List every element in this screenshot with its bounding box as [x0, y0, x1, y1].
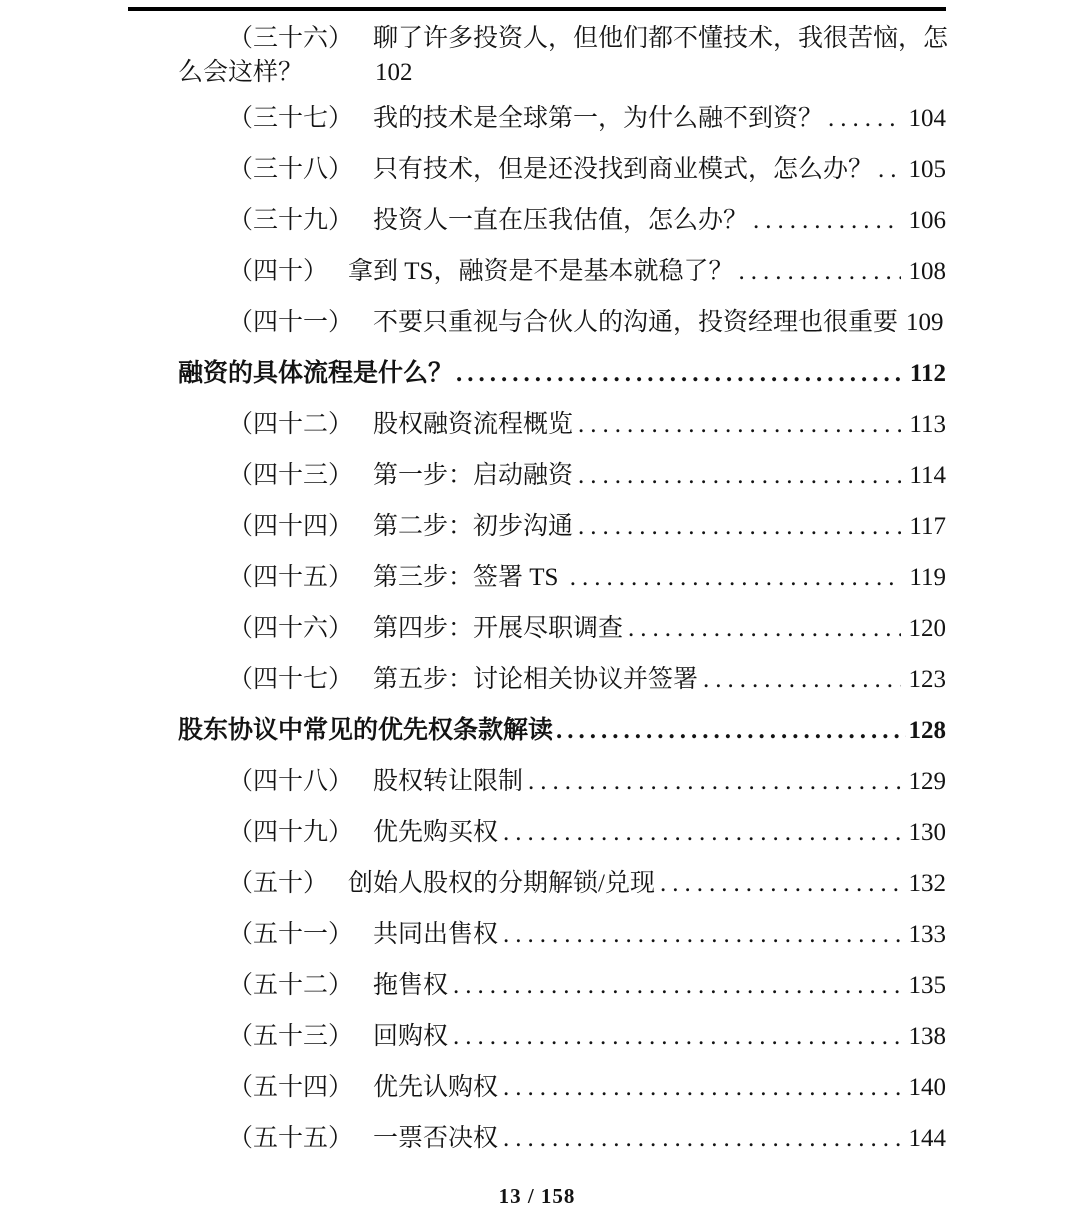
toc-entry-number: （四十七） — [228, 665, 353, 695]
toc-entry-line1: （三十六）聊了许多投资人，但他们都不懂技术，我很苦恼，怎 — [178, 22, 946, 56]
toc-entry-label: 第五步：讨论相关协议并签署 — [373, 665, 698, 695]
toc-entry-number: （四十三） — [228, 461, 353, 491]
toc-entry[interactable]: （四十一）不要只重视与合伙人的沟通，投资经理也很重要109 — [178, 308, 946, 338]
toc-page-number: 112 — [910, 359, 946, 389]
header-rule — [128, 7, 946, 11]
toc-page-number: 120 — [909, 614, 947, 644]
dot-leader: ........................................… — [570, 563, 902, 593]
dot-leader: ........................................… — [456, 359, 907, 389]
toc-page-number: 123 — [909, 665, 947, 695]
toc-entry-label: 不要只重视与合伙人的沟通，投资经理也很重要 — [373, 308, 898, 338]
dot-leader: ........................................… — [503, 1124, 900, 1154]
toc-page-number: 105 — [909, 155, 947, 185]
toc-entry-number: （四十八） — [228, 767, 353, 797]
toc-page-number: 133 — [909, 920, 947, 950]
toc-page-number: 135 — [909, 971, 947, 1001]
toc-page-number: 129 — [909, 767, 947, 797]
toc-entry[interactable]: （四十三）第一步：启动融资...........................… — [178, 461, 946, 491]
toc-page-number: 138 — [909, 1022, 947, 1052]
tab-gap — [303, 56, 367, 90]
dot-leader: ........................................… — [878, 155, 900, 185]
toc-entry[interactable]: （四十四）第二步：初步沟通...........................… — [178, 512, 946, 542]
toc-entry[interactable]: （五十五）一票否决权..............................… — [178, 1124, 946, 1154]
toc-heading-label: 融资的具体流程是什么？ — [178, 359, 453, 389]
toc-page-number: 117 — [909, 512, 946, 542]
toc-entry[interactable]: （四十）拿到 TS，融资是不是基本就稳了？...................… — [178, 257, 946, 287]
toc-entry[interactable]: （五十一）共同出售权..............................… — [178, 920, 946, 950]
toc-page-number: 130 — [909, 818, 947, 848]
table-of-contents: （三十六）聊了许多投资人，但他们都不懂技术，我很苦恼，怎么会这样？102（三十七… — [178, 22, 946, 1175]
dot-leader: ........................................… — [628, 614, 900, 644]
dot-leader: ........................................… — [578, 410, 901, 440]
toc-entry-label: 只有技术，但是还没找到商业模式，怎么办？ — [373, 155, 873, 185]
toc-entry-label: 优先认购权 — [373, 1073, 498, 1103]
toc-entry-label: 第三步：签署 TS — [373, 563, 565, 593]
toc-page-number: 114 — [909, 461, 946, 491]
toc-entry-label: 股权融资流程概览 — [373, 410, 573, 440]
toc-entry[interactable]: （四十五）第三步：签署 TS .........................… — [178, 563, 946, 593]
toc-entry-label: 拖售权 — [373, 971, 448, 1001]
toc-entry-label: 拿到 TS，融资是不是基本就稳了？ — [348, 257, 733, 287]
toc-heading[interactable]: 融资的具体流程是什么？.............................… — [178, 359, 946, 389]
toc-entry[interactable]: （四十九）优先购买权..............................… — [178, 818, 946, 848]
toc-entry[interactable]: （五十二）拖售权................................… — [178, 971, 946, 1001]
toc-entry-number: （三十九） — [228, 206, 353, 236]
toc-entry[interactable]: （四十八）股权转让限制.............................… — [178, 767, 946, 797]
toc-page-number: 106 — [909, 206, 947, 236]
toc-page-number: 119 — [909, 563, 946, 593]
toc-entry-number: （三十六） — [228, 22, 353, 56]
toc-entry-label: 我的技术是全球第一，为什么融不到资？ — [373, 104, 823, 134]
dot-leader: ........................................… — [503, 1073, 900, 1103]
dot-leader: ........................................… — [528, 767, 900, 797]
toc-entry-label: 第四步：开展尽职调查 — [373, 614, 623, 644]
document-page: （三十六）聊了许多投资人，但他们都不懂技术，我很苦恼，怎么会这样？102（三十七… — [0, 0, 1074, 1221]
dot-leader: ........................................… — [556, 716, 905, 746]
toc-page-number: 140 — [909, 1073, 947, 1103]
toc-heading[interactable]: 股东协议中常见的优先权条款解读.........................… — [178, 716, 946, 746]
toc-page-number: 102 — [375, 56, 413, 90]
toc-entry-label: 创始人股权的分期解锁/兑现 — [348, 869, 655, 899]
toc-heading-label: 股东协议中常见的优先权条款解读 — [178, 716, 553, 746]
toc-entry-number: （五十二） — [228, 971, 353, 1001]
dot-leader: ........................................… — [753, 206, 900, 236]
toc-page-number: 108 — [909, 257, 947, 287]
toc-entry-number: （四十六） — [228, 614, 353, 644]
toc-entry-label: 优先购买权 — [373, 818, 498, 848]
toc-entry-number: （五十三） — [228, 1022, 353, 1052]
dot-leader: ........................................… — [828, 104, 900, 134]
toc-entry[interactable]: （三十八）只有技术，但是还没找到商业模式，怎么办？...............… — [178, 155, 946, 185]
toc-page-number: 132 — [909, 869, 947, 899]
toc-entry-label: 一票否决权 — [373, 1124, 498, 1154]
dot-leader: ........................................… — [453, 971, 900, 1001]
toc-entry-number: （五十） — [228, 869, 328, 899]
toc-entry-label: 投资人一直在压我估值，怎么办？ — [373, 206, 748, 236]
toc-page-number: 144 — [909, 1124, 947, 1154]
dot-leader: ........................................… — [660, 869, 901, 899]
toc-page-number: 128 — [909, 716, 947, 746]
toc-entry-line2: 么会这样？102 — [178, 56, 946, 90]
dot-leader: ........................................… — [738, 257, 900, 287]
toc-entry[interactable]: （五十）创始人股权的分期解锁/兑现.......................… — [178, 869, 946, 899]
dot-leader: ........................................… — [503, 818, 900, 848]
toc-entry[interactable]: （四十六）第四步：开展尽职调查.........................… — [178, 614, 946, 644]
toc-entry-label: 第二步：初步沟通 — [373, 512, 573, 542]
toc-entry-label: 么会这样？ — [178, 56, 303, 90]
toc-entry-number: （五十五） — [228, 1124, 353, 1154]
dot-leader: ........................................… — [578, 512, 901, 542]
toc-entry-number: （四十） — [228, 257, 328, 287]
toc-entry-label: 共同出售权 — [373, 920, 498, 950]
toc-entry-number: （三十八） — [228, 155, 353, 185]
toc-entry-number: （四十九） — [228, 818, 353, 848]
toc-entry[interactable]: （五十四）优先认购权..............................… — [178, 1073, 946, 1103]
toc-entry-number: （三十七） — [228, 104, 353, 134]
toc-page-number: 104 — [909, 104, 947, 134]
footer-page-indicator: 13 / 158 — [0, 1184, 1074, 1209]
toc-page-number: 109 — [906, 308, 944, 338]
dot-leader: ........................................… — [503, 920, 900, 950]
toc-page-number: 113 — [909, 410, 946, 440]
toc-entry-label: 聊了许多投资人，但他们都不懂技术，我很苦恼，怎 — [373, 22, 948, 56]
toc-entry-number: （五十四） — [228, 1073, 353, 1103]
toc-entry-label: 股权转让限制 — [373, 767, 523, 797]
toc-entry-number: （五十一） — [228, 920, 353, 950]
toc-entry[interactable]: （三十六）聊了许多投资人，但他们都不懂技术，我很苦恼，怎么会这样？102 — [178, 22, 946, 90]
toc-entry-label: 回购权 — [373, 1022, 448, 1052]
toc-entry-number: （四十二） — [228, 410, 353, 440]
dot-leader: ........................................… — [453, 1022, 900, 1052]
toc-entry-number: （四十五） — [228, 563, 353, 593]
toc-entry[interactable]: （四十七）第五步：讨论相关协议并签署......................… — [178, 665, 946, 695]
toc-entry-number: （四十四） — [228, 512, 353, 542]
toc-entry-label: 第一步：启动融资 — [373, 461, 573, 491]
dot-leader: ........................................… — [578, 461, 901, 491]
toc-entry[interactable]: （三十九）投资人一直在压我估值，怎么办？....................… — [178, 206, 946, 236]
toc-entry[interactable]: （四十二）股权融资流程概览...........................… — [178, 410, 946, 440]
toc-entry-number: （四十一） — [228, 308, 353, 338]
toc-entry[interactable]: （三十七）我的技术是全球第一，为什么融不到资？.................… — [178, 104, 946, 134]
dot-leader: ........................................… — [703, 665, 900, 695]
toc-entry[interactable]: （五十三）回购权................................… — [178, 1022, 946, 1052]
